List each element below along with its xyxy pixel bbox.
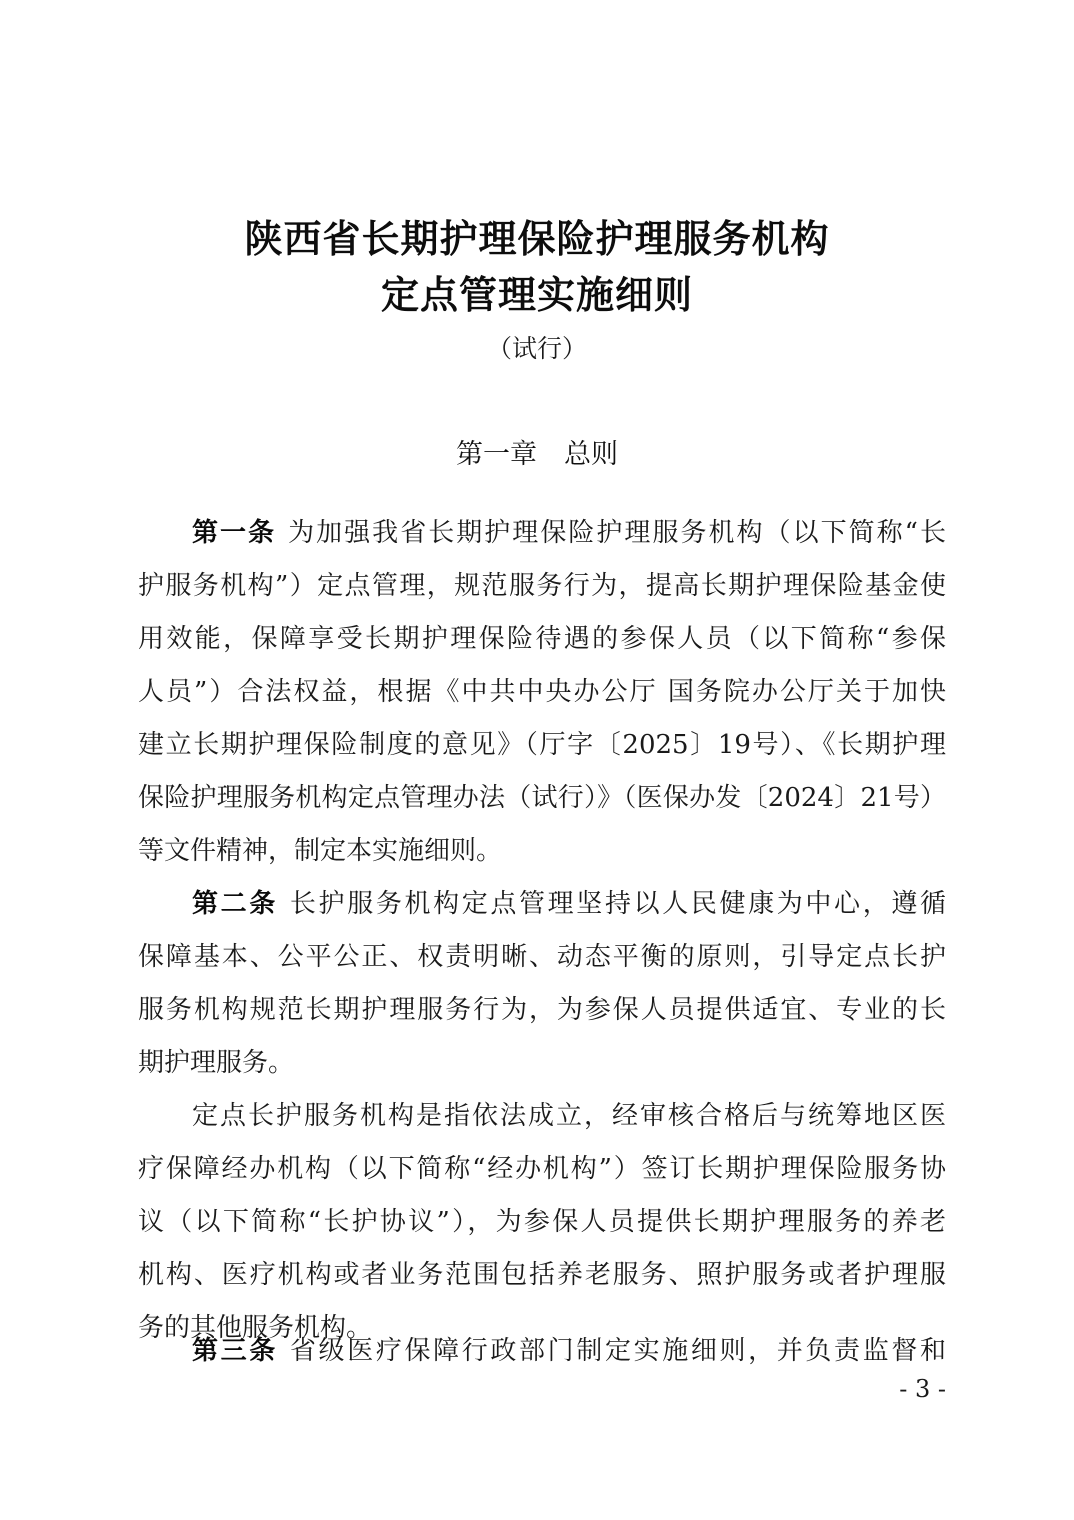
article-1-line-5: 建立长期护理保险制度的意见》（厅字〔2025〕19号）、《长期护理	[138, 727, 946, 763]
article-3-text: 省级医疗保障行政部门制定实施细则，并负责监督和	[290, 1336, 946, 1366]
page-number: - 3 -	[899, 1374, 946, 1404]
document-title-line-1: 陕西省长期护理保险护理服务机构	[0, 214, 1074, 264]
article-1-line-3: 用效能，保障享受长期护理保险待遇的参保人员（以下简称“参保	[138, 621, 946, 657]
article-1-line-7: 等文件精神，制定本实施细则。	[138, 833, 946, 869]
article-1-label: 第一条	[192, 518, 276, 548]
article-2-label: 第二条	[192, 889, 278, 919]
article-2-line-4: 期护理服务。	[138, 1045, 946, 1081]
article-1-line-2: 护服务机构”）定点管理，规范服务行为，提高长期护理保险基金使	[138, 568, 946, 604]
article-1-text: 为加强我省长期护理保险护理服务机构（以下简称“长	[288, 518, 946, 548]
article-2-para-2-line-3: 议（以下简称“长护协议”），为参保人员提供长期护理服务的养老	[138, 1204, 946, 1240]
document-subtitle: （试行）	[0, 332, 1074, 366]
article-2-para-2-line-4: 机构、医疗机构或者业务范围包括养老服务、照护服务或者护理服	[138, 1257, 946, 1293]
article-2-line-3: 服务机构规范长期护理服务行为，为参保人员提供适宜、专业的长	[138, 992, 946, 1028]
article-2-para-2-line-2: 疗保障经办机构（以下简称“经办机构”）签订长期护理保险服务协	[138, 1151, 946, 1187]
document-title-line-2: 定点管理实施细则	[0, 270, 1074, 320]
article-2-para-2-line-1: 定点长护服务机构是指依法成立，经审核合格后与统筹地区医	[192, 1098, 946, 1134]
article-3-label: 第三条	[192, 1336, 278, 1366]
article-1-line-4: 人员”）合法权益，根据《中共中央办公厅 国务院办公厅关于加快	[138, 674, 946, 710]
article-1-line-6: 保险护理服务机构定点管理办法（试行）》（医保办发〔2024〕21号）	[138, 780, 946, 816]
article-1-line-1: 第一条为加强我省长期护理保险护理服务机构（以下简称“长	[192, 515, 946, 551]
document-page: 陕西省长期护理保险护理服务机构 定点管理实施细则 （试行） 第一章 总则 第一条…	[0, 0, 1074, 1520]
chapter-heading: 第一章 总则	[0, 437, 1074, 473]
article-3-line-1: 第三条省级医疗保障行政部门制定实施细则，并负责监督和	[192, 1333, 946, 1369]
article-2-line-1: 第二条长护服务机构定点管理坚持以人民健康为中心，遵循	[192, 886, 946, 922]
article-2-line-2: 保障基本、公平公正、权责明晰、动态平衡的原则，引导定点长护	[138, 939, 946, 975]
article-2-text: 长护服务机构定点管理坚持以人民健康为中心，遵循	[290, 889, 946, 919]
